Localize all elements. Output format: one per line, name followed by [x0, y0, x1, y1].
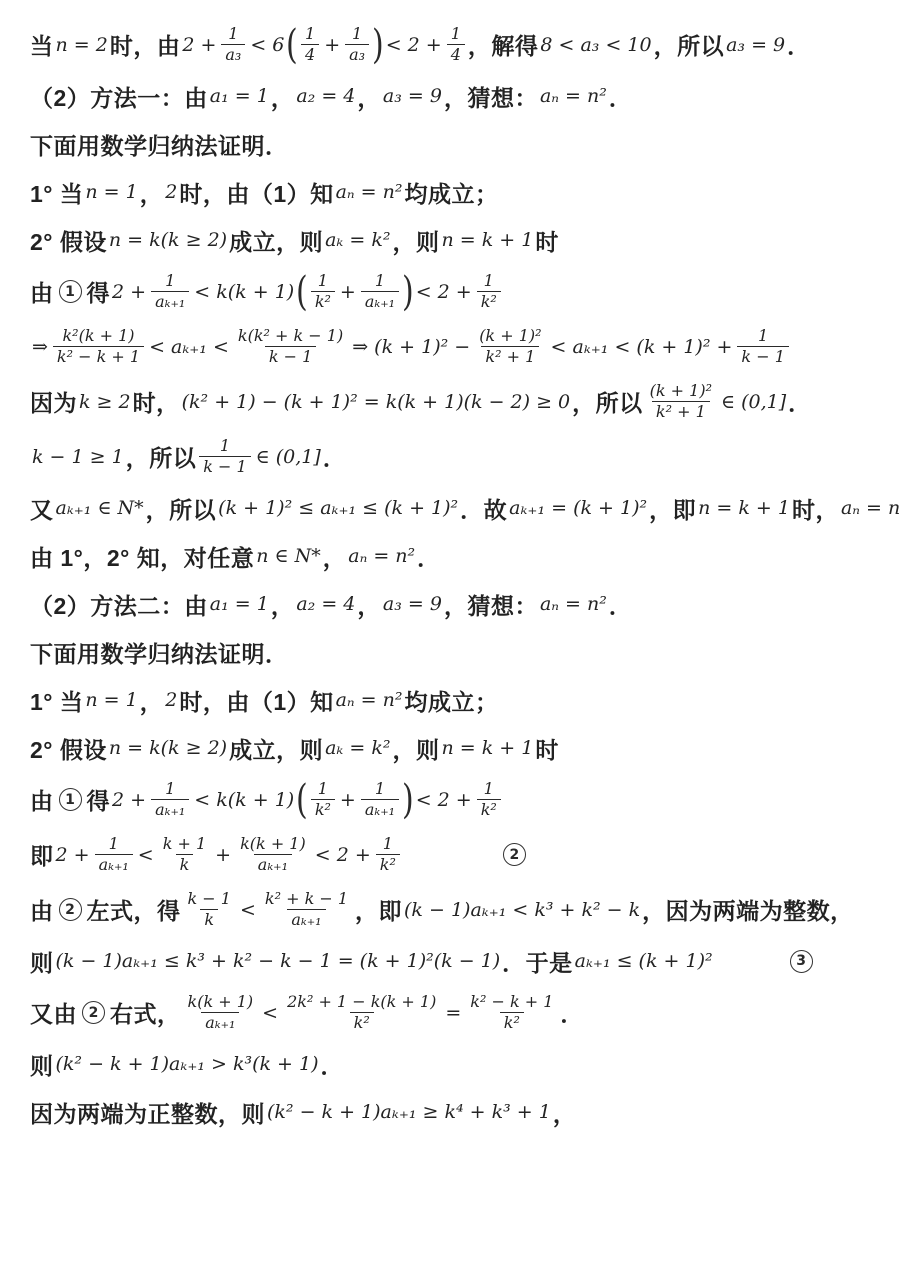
fraction-numerator: 1 [224, 24, 242, 44]
line-20: 又由 2 右式， k(k + 1)aₖ₊₁ < 2k² + 1 − k(k + … [30, 992, 882, 1033]
fraction-denominator: aₖ₊₁ [151, 799, 189, 820]
math-text: (k² − k + 1)aₖ₊₁ > k³(k + 1) [56, 1053, 319, 1075]
cn-text: ，所以 [572, 385, 643, 418]
math-text: 2 [165, 689, 177, 711]
math-text: aₖ₊₁ ∈ N* [56, 497, 144, 519]
fraction: 14 [301, 24, 319, 65]
fraction-denominator: k² [311, 291, 335, 312]
fraction-numerator: 2k² + 1 − k(k + 1) [283, 992, 440, 1012]
cn-text: ． [417, 540, 441, 573]
line-15: 2° 假设 n = k(k ≥ 2) 成立，则 aₖ = k² ，则 n = k… [30, 731, 882, 765]
cn-text: ，则 [392, 732, 439, 765]
math-text: a₂ = 4 [296, 593, 355, 615]
math-text: (k + 1)² ≤ aₖ₊₁ ≤ (k + 1)² [218, 497, 458, 519]
cn-text: ，即 [649, 492, 696, 525]
fraction: k(k² + k − 1)k − 1 [234, 326, 347, 367]
math-text: a₃ = 9 [726, 34, 785, 56]
line-13: 下面用数学归纳法证明． [30, 635, 882, 669]
fraction: 1a₃ [221, 24, 245, 65]
math-text: n = k + 1 [441, 229, 533, 251]
fraction-numerator: 1 [105, 834, 123, 854]
fraction-numerator: 1 [371, 779, 389, 799]
fraction: k(k + 1)aₖ₊₁ [184, 992, 258, 1033]
math-text: < k(k + 1) [194, 281, 294, 303]
math-text: ⇒ (k + 1)² − [352, 336, 470, 358]
cn-text: ． [787, 28, 811, 61]
fraction-denominator: aₖ₊₁ [287, 909, 325, 930]
cn-text: 时， [133, 385, 180, 418]
fraction: 14 [447, 24, 465, 65]
big-paren-left: ( [296, 272, 308, 312]
fraction: 1aₖ₊₁ [361, 271, 399, 312]
math-text: < 2 + [386, 34, 442, 56]
math-text: aₖ₊₁ ≤ (k + 1)² [575, 950, 713, 972]
fraction-numerator: 1 [301, 24, 319, 44]
cn-text: 均成立； [405, 684, 499, 717]
cn-text: 得 [87, 275, 111, 308]
math-text: + [324, 34, 340, 56]
fraction: 1aₖ₊₁ [151, 271, 189, 312]
fraction: 1k − 1 [737, 326, 788, 367]
cn-text: ，猜想： [444, 80, 538, 113]
cn-text: 得 [87, 783, 111, 816]
line-09: k − 1 ≥ 1 ，所以 1k − 1 ∈ (0,1] ． [30, 436, 882, 477]
fraction: 1aₖ₊₁ [151, 779, 189, 820]
math-text: aₖ = k² [325, 737, 390, 759]
cn-text: 由 [30, 783, 54, 816]
math-text: 2 + [112, 789, 146, 811]
cn-text: ， [271, 588, 295, 621]
fraction: k² − k + 1k² [466, 992, 557, 1033]
cn-text: 下面用数学归纳法证明． [30, 128, 289, 161]
cn-text: ， [140, 176, 164, 209]
math-text: (k − 1)aₖ₊₁ < k³ + k² − k [404, 899, 640, 921]
fraction-numerator: 1 [447, 24, 465, 44]
math-text: < 2 + [416, 281, 472, 303]
math-text: ∈ (0,1] [721, 391, 786, 413]
fraction: 1k² [376, 834, 400, 875]
cn-text: 时 [535, 224, 559, 257]
math-text: < aₖ₊₁ < (k + 1)² + [551, 336, 733, 358]
fraction-denominator: k [176, 854, 194, 875]
cn-text: 因为两端为正整数，则 [30, 1096, 265, 1129]
line-22: 因为两端为正整数，则 (k² − k + 1)aₖ₊₁ ≥ k⁴ + k³ + … [30, 1095, 882, 1129]
fraction-denominator: k² [500, 1012, 524, 1033]
fraction-denominator: aₖ₊₁ [151, 291, 189, 312]
cn-text: 又由 [30, 996, 77, 1029]
cn-text: ． [788, 385, 812, 418]
fraction-denominator: 4 [301, 44, 319, 65]
fraction-numerator: 1 [480, 271, 498, 291]
math-text: n = 1 [85, 181, 137, 203]
fraction: k²(k + 1)k² − k + 1 [53, 326, 144, 367]
fraction-denominator: k² [477, 291, 501, 312]
line-08: 因为 k ≥ 2 时， (k² + 1) − (k + 1)² = k(k + … [30, 381, 882, 422]
math-text: ⇒ [32, 336, 48, 358]
line-05: 2° 假设 n = k(k ≥ 2) 成立，则 aₖ = k² ，则 n = k… [30, 223, 882, 257]
cn-text: ． [560, 996, 584, 1029]
cn-text: 左式，得 [87, 893, 181, 926]
math-text: < 2 + [315, 844, 371, 866]
cn-text: 时， [792, 492, 839, 525]
math-text: 2 + [182, 34, 216, 56]
line-14: 1° 当 n = 1 ， 2 时，由（1）知 aₙ = n² 均成立； [30, 683, 882, 717]
line-10: 又 aₖ₊₁ ∈ N* ，所以 (k + 1)² ≤ aₖ₊₁ ≤ (k + 1… [30, 491, 882, 525]
math-text: aₙ = n² [540, 85, 607, 107]
cn-text: 由 1°，2° 知，对任意 [30, 540, 254, 573]
fraction: 1k² [477, 779, 501, 820]
fraction-denominator: k − 1 [737, 346, 788, 367]
line-02: （2）方法一：由 a₁ = 1 ， a₂ = 4 ， a₃ = 9 ，猜想： a… [30, 79, 882, 113]
line-04: 1° 当 n = 1 ， 2 时，由（1）知 aₙ = n² 均成立； [30, 175, 882, 209]
fraction: k(k + 1)aₖ₊₁ [236, 834, 310, 875]
math-text: aₖ = k² [325, 229, 390, 251]
line-18: 由 2 左式，得 k − 1k < k² + k − 1aₖ₊₁ ，即 (k −… [30, 889, 882, 930]
big-paren-left: ( [286, 25, 298, 65]
fraction-denominator: a₃ [221, 44, 245, 65]
fraction-denominator: k − 1 [199, 456, 250, 477]
math-text: < 2 + [416, 789, 472, 811]
math-text: aₖ₊₁ = (k + 1)² [509, 497, 647, 519]
fraction-denominator: aₖ₊₁ [201, 1012, 239, 1033]
fraction: 2k² + 1 − k(k + 1)k² [283, 992, 440, 1033]
fraction: k + 1k [159, 834, 210, 875]
big-paren-right: ) [402, 780, 414, 820]
circled-number-icon: 1 [59, 280, 82, 303]
math-text: aₙ = n² [336, 689, 403, 711]
cn-text: 由 [30, 275, 54, 308]
fraction-denominator: aₖ₊₁ [361, 291, 399, 312]
line-01: 当 n = 2 时，由 2 + 1a₃ < 6 ( 14 + 1a₃ ) < 2… [30, 24, 882, 65]
math-text: < [240, 899, 256, 921]
fraction-denominator: k² − k + 1 [53, 346, 144, 367]
fraction: k − 1k [184, 889, 235, 930]
cn-text: ， [140, 684, 164, 717]
cn-text: ， [553, 1096, 577, 1129]
fraction-numerator: k(k + 1) [184, 992, 258, 1012]
math-text: n = k + 1 [441, 737, 533, 759]
cn-text: 时，由（1）知 [179, 684, 333, 717]
cn-text: 1° 当 [30, 176, 83, 209]
fraction-numerator: (k + 1)² [475, 326, 545, 346]
line-19: 则 (k − 1)aₖ₊₁ ≤ k³ + k² − k − 1 = (k + 1… [30, 944, 882, 978]
math-text: = [445, 1002, 461, 1024]
fraction: 1aₖ₊₁ [95, 834, 133, 875]
line-11: 由 1°，2° 知，对任意 n ∈ N* ， aₙ = n² ． [30, 539, 882, 573]
cn-text: ． [323, 440, 347, 473]
cn-text: ．故 [460, 492, 507, 525]
math-text: + [340, 281, 356, 303]
fraction-numerator: 1 [161, 779, 179, 799]
fraction-numerator: 1 [348, 24, 366, 44]
fraction: (k + 1)²k² + 1 [646, 381, 716, 422]
fraction: 1k − 1 [199, 436, 250, 477]
cn-text: ． [609, 80, 633, 113]
line-16: 由 1 得 2 + 1aₖ₊₁ < k(k + 1) ( 1k² + 1aₖ₊₁… [30, 779, 882, 820]
math-text: k ≥ 2 [79, 391, 131, 413]
fraction: 1k² [477, 271, 501, 312]
line-17: 即 2 + 1aₖ₊₁ < k + 1k + k(k + 1)aₖ₊₁ < 2 … [30, 834, 882, 875]
math-text: aₙ = n² [841, 497, 900, 519]
cn-text: ， [357, 80, 381, 113]
fraction-denominator: 4 [447, 44, 465, 65]
math-text: < [138, 844, 154, 866]
fraction-numerator: 1 [379, 834, 397, 854]
math-text: 8 < a₃ < 10 [540, 34, 651, 56]
fraction-denominator: k² [350, 1012, 374, 1033]
fraction: (k + 1)²k² + 1 [475, 326, 545, 367]
cn-text: 则 [30, 945, 54, 978]
big-paren-right: ) [372, 25, 384, 65]
fraction: k² + k − 1aₖ₊₁ [261, 889, 352, 930]
cn-text: ，则 [392, 224, 439, 257]
math-text: + [215, 844, 231, 866]
math-text: + [340, 789, 356, 811]
fraction-denominator: a₃ [345, 44, 369, 65]
cn-text: 由 [30, 893, 54, 926]
cn-text: ，因为两端为整数， [642, 893, 854, 926]
fraction-numerator: 1 [754, 326, 772, 346]
cn-text: （2）方法二：由 [30, 588, 208, 621]
circled-number-icon: 2 [82, 1001, 105, 1024]
cn-text: 1° 当 [30, 684, 83, 717]
fraction-numerator: k(k² + k − 1) [234, 326, 347, 346]
line-12: （2）方法二：由 a₁ = 1 ， a₂ = 4 ， a₃ = 9 ，猜想： a… [30, 587, 882, 621]
fraction: 1k² [311, 779, 335, 820]
fraction-denominator: k − 1 [265, 346, 316, 367]
cn-text: 因为 [30, 385, 77, 418]
circled-number-icon: 3 [790, 950, 813, 973]
math-text: a₁ = 1 [210, 85, 269, 107]
math-text: < aₖ₊₁ < [149, 336, 229, 358]
math-text: (k − 1)aₖ₊₁ ≤ k³ + k² − k − 1 = (k + 1)²… [56, 950, 501, 972]
big-paren-left: ( [296, 780, 308, 820]
cn-text: 2° 假设 [30, 224, 107, 257]
math-text: n = 1 [85, 689, 137, 711]
document-page: 当 n = 2 时，由 2 + 1a₃ < 6 ( 14 + 1a₃ ) < 2… [0, 0, 900, 1151]
fraction-denominator: k² + 1 [481, 346, 539, 367]
math-text: aₙ = n² [336, 181, 403, 203]
fraction-denominator: k² [376, 854, 400, 875]
math-text: a₃ = 9 [383, 593, 442, 615]
cn-text: 则 [30, 1048, 54, 1081]
math-text: < k(k + 1) [194, 789, 294, 811]
cn-text: ，解得 [468, 28, 539, 61]
math-text: n ∈ N* [256, 545, 321, 567]
fraction-numerator: 1 [216, 436, 234, 456]
math-text: aₙ = n² [540, 593, 607, 615]
cn-text: 均成立； [405, 176, 499, 209]
cn-text: 时，由（1）知 [179, 176, 333, 209]
math-text: a₃ = 9 [383, 85, 442, 107]
circled-number-icon: 2 [59, 898, 82, 921]
cn-text: ， [271, 80, 295, 113]
fraction-numerator: (k + 1)² [646, 381, 716, 401]
fraction-numerator: k(k + 1) [236, 834, 310, 854]
cn-text: 成立，则 [229, 732, 323, 765]
cn-text: ， [323, 540, 347, 573]
cn-text: ，所以 [146, 492, 217, 525]
fraction-numerator: 1 [314, 271, 332, 291]
fraction-denominator: k² [311, 799, 335, 820]
math-text: a₁ = 1 [210, 593, 269, 615]
math-text: n = 2 [56, 34, 108, 56]
cn-text: （2）方法一：由 [30, 80, 208, 113]
cn-text: ，即 [355, 893, 402, 926]
line-07: ⇒ k²(k + 1)k² − k + 1 < aₖ₊₁ < k(k² + k … [30, 326, 882, 367]
fraction-denominator: k² + 1 [652, 401, 710, 422]
fraction-denominator: aₖ₊₁ [95, 854, 133, 875]
cn-text: 当 [30, 28, 54, 61]
fraction-numerator: k² + k − 1 [261, 889, 352, 909]
cn-text: ， [357, 588, 381, 621]
cn-text: 即 [30, 838, 54, 871]
cn-text: 2° 假设 [30, 732, 107, 765]
fraction: 1a₃ [345, 24, 369, 65]
fraction-numerator: k² − k + 1 [466, 992, 557, 1012]
math-text: n = k(k ≥ 2) [109, 737, 227, 759]
fraction-denominator: aₖ₊₁ [361, 799, 399, 820]
fraction-denominator: k² [477, 799, 501, 820]
math-text: a₂ = 4 [296, 85, 355, 107]
cn-text: 下面用数学归纳法证明． [30, 636, 289, 669]
cn-text: 又 [30, 492, 54, 525]
cn-text: ，所以 [654, 28, 725, 61]
fraction-numerator: 1 [314, 779, 332, 799]
math-text: ∈ (0,1] [256, 446, 321, 468]
line-06: 由 1 得 2 + 1aₖ₊₁ < k(k + 1) ( 1k² + 1aₖ₊₁… [30, 271, 882, 312]
math-text: < [262, 1002, 278, 1024]
math-text: (k² + 1) − (k + 1)² = k(k + 1)(k − 2) ≥ … [182, 391, 571, 413]
math-text: 2 + [56, 844, 90, 866]
cn-text: 成立，则 [229, 224, 323, 257]
line-21: 则 (k² − k + 1)aₖ₊₁ > k³(k + 1) ． [30, 1047, 882, 1081]
line-03: 下面用数学归纳法证明． [30, 127, 882, 161]
fraction-numerator: 1 [371, 271, 389, 291]
math-text: < 6 [250, 34, 284, 56]
cn-text: 时，由 [110, 28, 181, 61]
fraction-denominator: aₖ₊₁ [254, 854, 292, 875]
fraction: 1aₖ₊₁ [361, 779, 399, 820]
circled-number-icon: 1 [59, 788, 82, 811]
fraction-numerator: 1 [480, 779, 498, 799]
math-text: n = k(k ≥ 2) [109, 229, 227, 251]
cn-text: 右式， [110, 996, 181, 1029]
big-paren-right: ) [402, 272, 414, 312]
cn-text: ．于是 [502, 945, 573, 978]
fraction-numerator: 1 [161, 271, 179, 291]
math-text: 2 [165, 181, 177, 203]
circled-number-icon: 2 [503, 843, 526, 866]
fraction: 1k² [311, 271, 335, 312]
cn-text: ，所以 [126, 440, 197, 473]
fraction-numerator: k²(k + 1) [58, 326, 138, 346]
cn-text: ，猜想： [444, 588, 538, 621]
math-text: k − 1 ≥ 1 [32, 446, 124, 468]
math-text: (k² − k + 1)aₖ₊₁ ≥ k⁴ + k³ + 1 [267, 1101, 551, 1123]
cn-text: ． [609, 588, 633, 621]
math-text: n = k + 1 [698, 497, 790, 519]
fraction-denominator: k [200, 909, 218, 930]
cn-text: ． [321, 1048, 345, 1081]
fraction-numerator: k + 1 [159, 834, 210, 854]
math-text: aₙ = n² [348, 545, 415, 567]
fraction-numerator: k − 1 [184, 889, 235, 909]
cn-text: 时 [535, 732, 559, 765]
math-text: 2 + [112, 281, 146, 303]
